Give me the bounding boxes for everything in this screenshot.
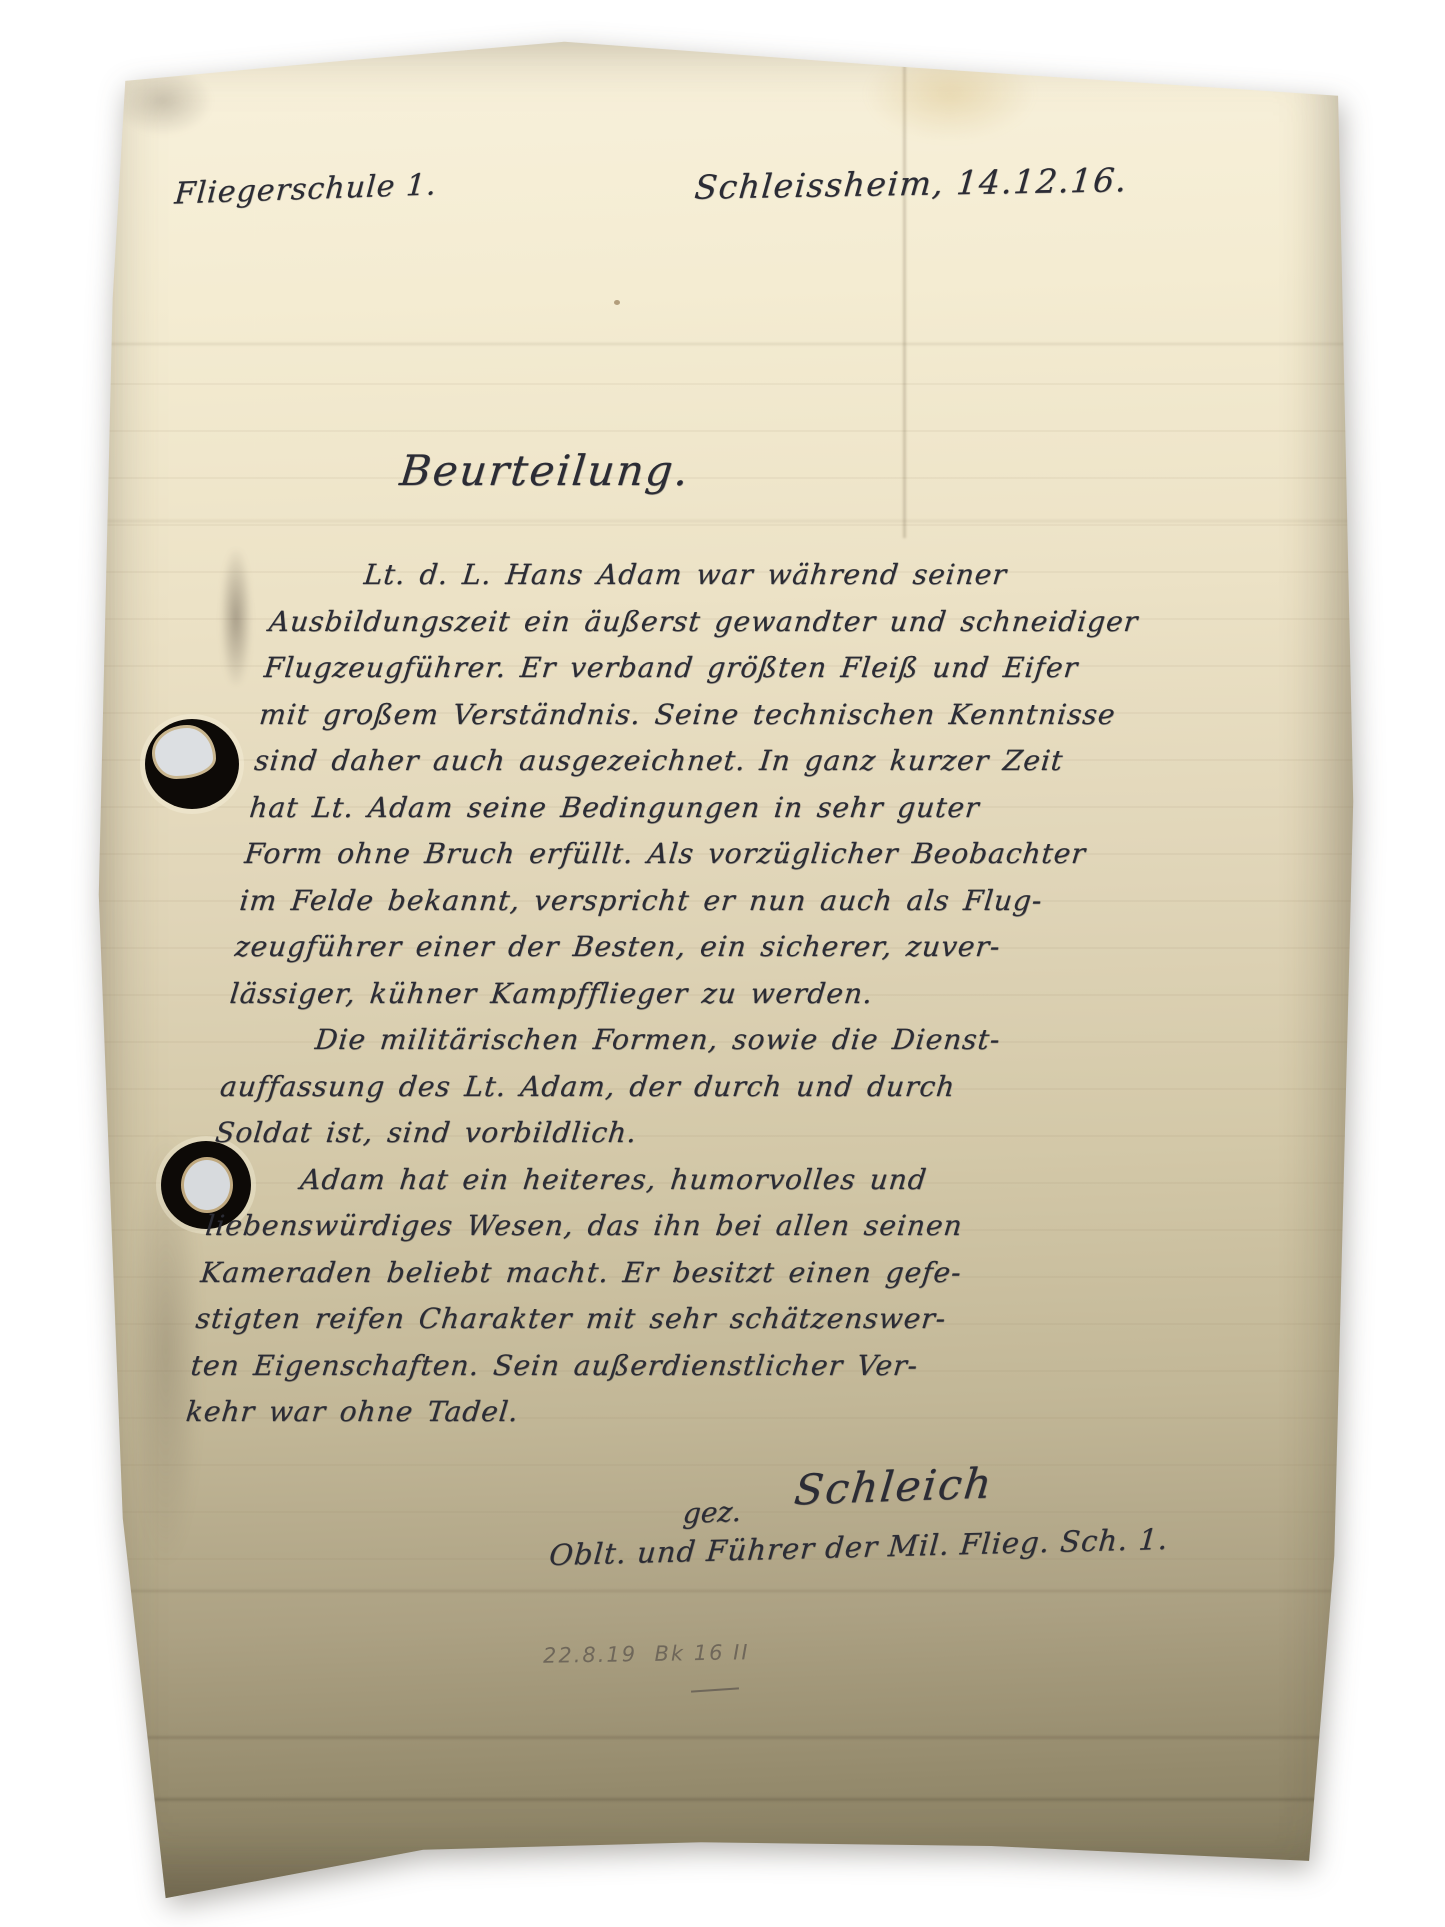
- crease-vertical: [903, 38, 906, 538]
- archival-pencil-note: 22.8.19 Bk 16 II: [543, 1640, 750, 1668]
- crease-horizontal-1: [95, 343, 1357, 345]
- handwritten-line: stigten reifen Charakter mit sehr schätz…: [193, 1296, 1008, 1343]
- handwritten-line: hat Lt. Adam seine Bedingungen in sehr g…: [247, 785, 1062, 832]
- handwritten-line: Kameraden beliebt macht. Er besitzt eine…: [198, 1250, 1013, 1297]
- handwritten-line: kehr war ohne Tadel.: [184, 1389, 999, 1436]
- torn-paper-fragment: [152, 725, 216, 779]
- place-and-date: Schleissheim, 14.12.16.: [693, 160, 1130, 207]
- handwritten-line: Die militärischen Formen, sowie die Dien…: [223, 1017, 1038, 1064]
- signature-name: Schleich: [792, 1459, 996, 1515]
- paper-sheet: Fliegerschule 1. Schleissheim, 14.12.16.…: [95, 38, 1357, 1900]
- body-text: Lt. d. L. Hans Adam war während seiner A…: [184, 552, 1087, 1436]
- handwritten-line: ten Eigenschaften. Sein außerdienstliche…: [188, 1343, 1003, 1390]
- punch-hole-top: [145, 719, 239, 809]
- document-title: Beurteilung.: [382, 446, 707, 495]
- fly-speck: [614, 300, 620, 305]
- handwritten-line: im Felde bekannt, verspricht er nun auch…: [237, 878, 1052, 925]
- signature-title-line: Oblt. und Führer der Mil. Flieg. Sch. 1.: [548, 1522, 1170, 1572]
- handwritten-line: auffassung des Lt. Adam, der durch und d…: [218, 1064, 1033, 1111]
- handwritten-line: Lt. d. L. Hans Adam war während seiner: [272, 552, 1087, 599]
- handwritten-line: lässiger, kühner Kampfflieger zu werden.: [228, 971, 1043, 1018]
- handwritten-line: sind daher auch ausgezeichnet. In ganz k…: [252, 738, 1067, 785]
- crease-horizontal-4: [95, 1736, 1357, 1739]
- handwritten-line: Form ohne Bruch erfüllt. Als vorzügliche…: [242, 831, 1057, 878]
- crease-horizontal-3: [95, 1590, 1357, 1592]
- photo-of-letter: Fliegerschule 1. Schleissheim, 14.12.16.…: [0, 0, 1445, 1927]
- stain-top-left: [113, 66, 213, 136]
- handwritten-line: mit großem Verständnis. Seine technische…: [257, 692, 1072, 739]
- sender-unit: Fliegerschule 1.: [173, 167, 438, 211]
- crease-fold-bottom: [95, 1798, 1357, 1801]
- signature-prefix: gez.: [682, 1495, 743, 1530]
- handwritten-line: liebenswürdiges Wesen, das ihn bei allen…: [203, 1203, 1018, 1250]
- handwritten-line: Flugzeugführer. Er verband größten Fleiß…: [262, 645, 1077, 692]
- crease-horizontal-2: [95, 520, 1357, 522]
- handwritten-line: zeugführer einer der Besten, ein sichere…: [232, 924, 1047, 971]
- stain-left-margin: [221, 550, 251, 685]
- handwritten-line: Adam hat ein heiteres, humorvolles und: [208, 1157, 1023, 1204]
- stain-top-yellow: [865, 46, 1035, 141]
- handwritten-line: Ausbildungszeit ein äußerst gewandter un…: [267, 599, 1082, 646]
- handwritten-line: Soldat ist, sind vorbildlich.: [213, 1110, 1028, 1157]
- pencil-underline: [691, 1687, 739, 1692]
